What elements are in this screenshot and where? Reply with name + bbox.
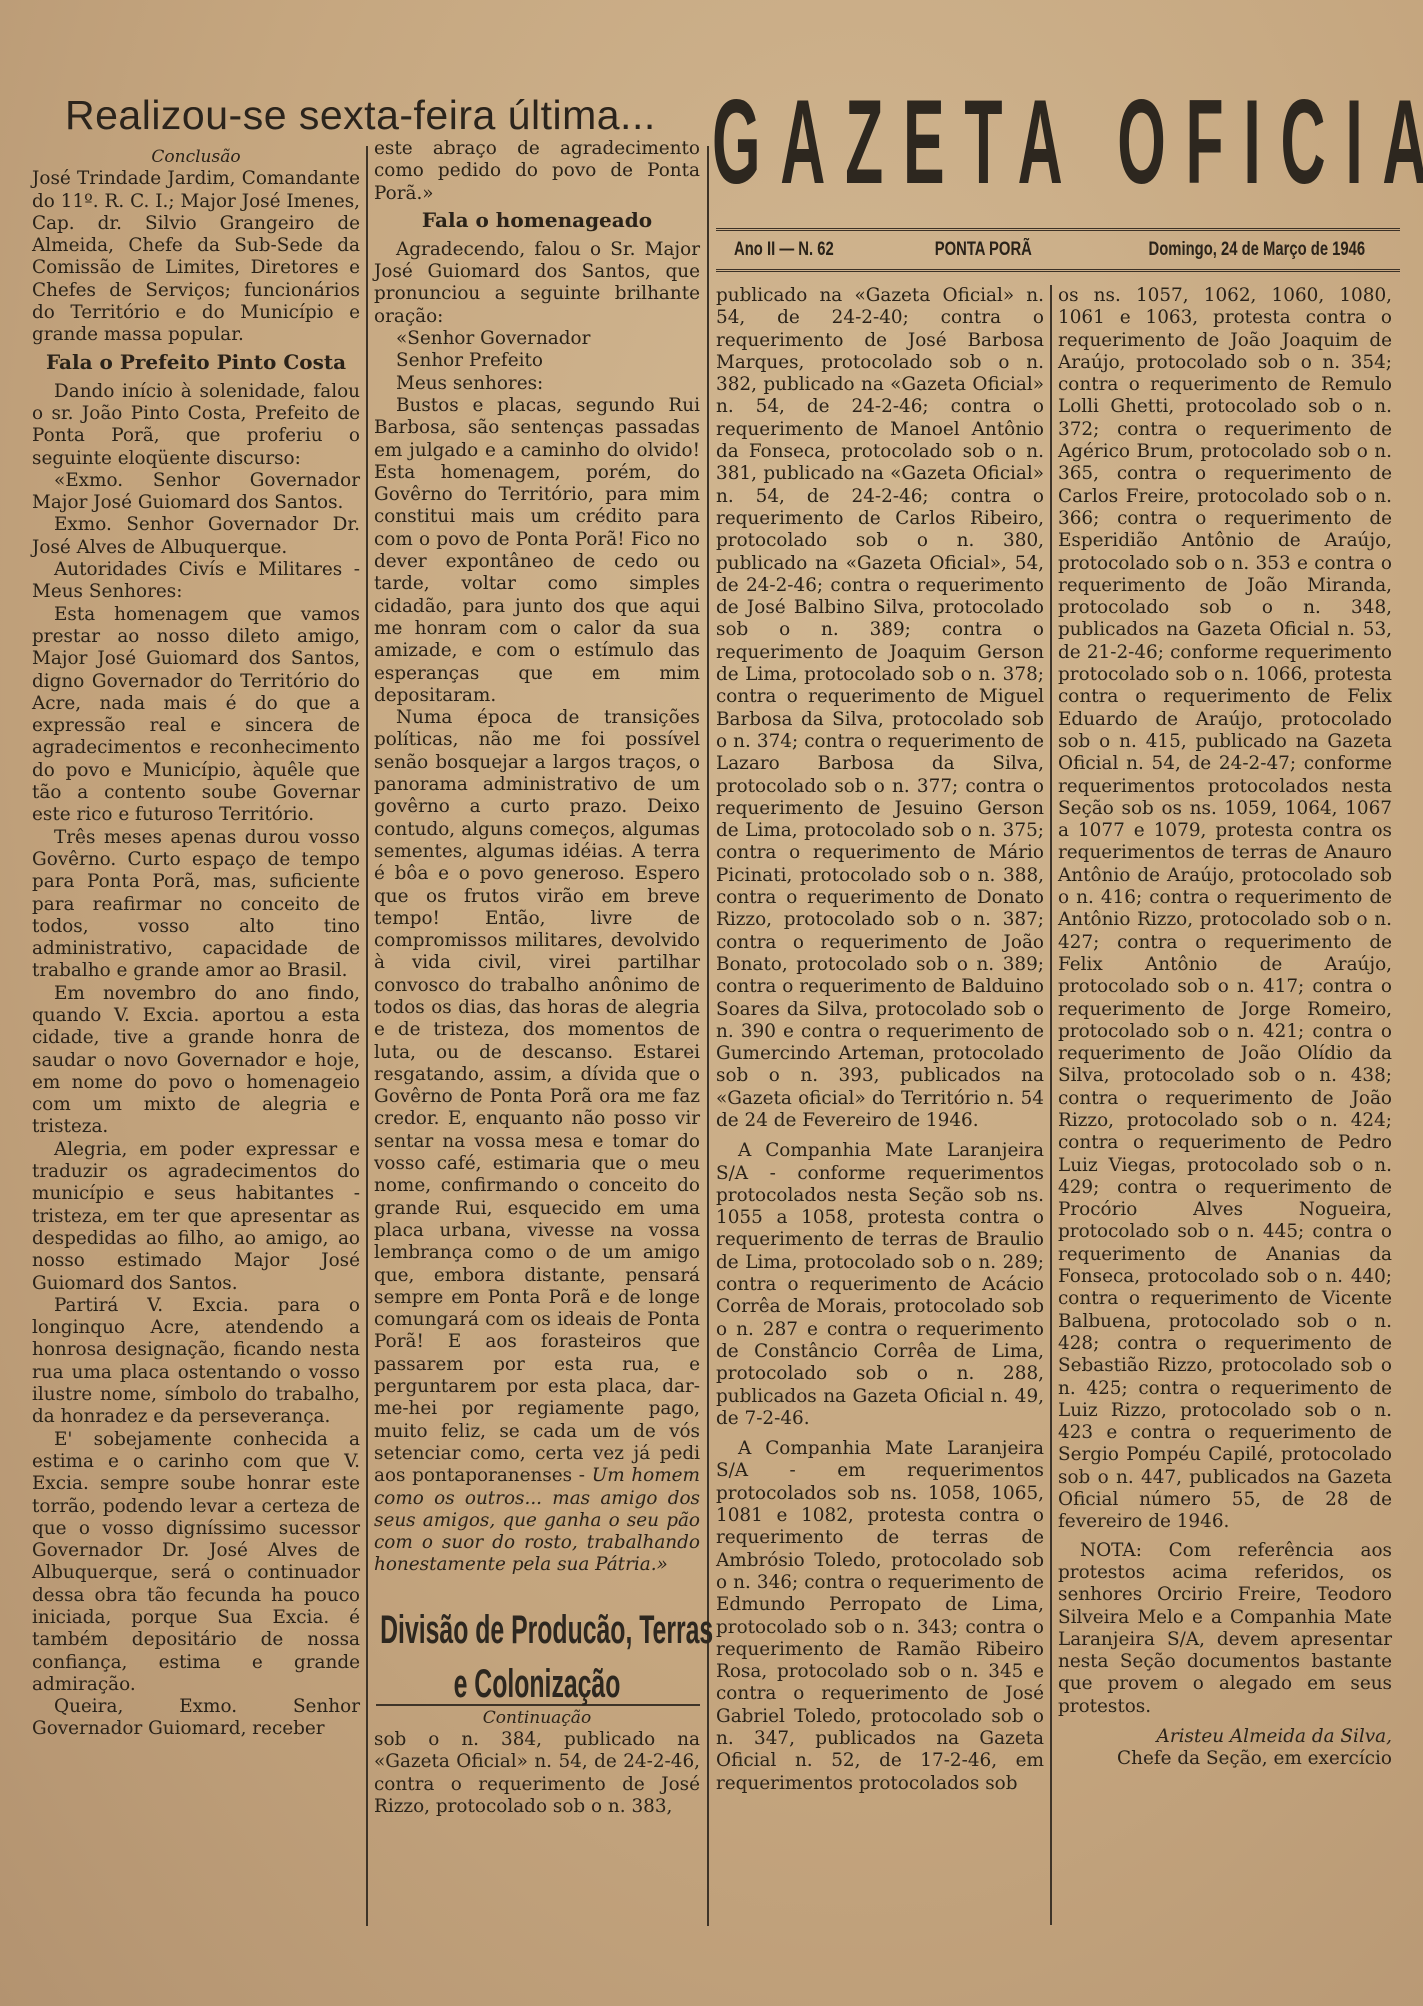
continuation-label: Continuação bbox=[374, 1707, 700, 1729]
paragraph: Três meses apenas durou vosso Govêrno. C… bbox=[32, 827, 360, 983]
column-2: este abraço de agradecimento como pedido… bbox=[374, 138, 700, 1818]
paragraph: este abraço de agradecimento como pedido… bbox=[374, 138, 700, 205]
signature-name: Aristeu Almeida da Silva, bbox=[1058, 1726, 1392, 1748]
paragraph: Bustos e placas, segundo Rui Barbosa, sã… bbox=[374, 395, 700, 707]
column-divider bbox=[707, 146, 709, 1926]
paragraph: publicado na «Gazeta Oficial» n. 54, de … bbox=[716, 285, 1044, 1132]
paragraph: Agradecendo, falou o Sr. Major José Guio… bbox=[374, 239, 700, 328]
paragraph: os ns. 1057, 1062, 1060, 1080, 1061 e 10… bbox=[1058, 285, 1392, 1534]
paragraph: Autoridades Civís e Militares - Meus Sen… bbox=[32, 559, 360, 604]
issue-date: Domingo, 24 de Março de 1946 bbox=[1149, 239, 1366, 261]
paragraph: Dando início à solenidade, falou o sr. J… bbox=[32, 381, 360, 470]
column-1: Conclusão José Trindade Jardim, Comandan… bbox=[32, 146, 360, 1741]
salutation: Senhor Prefeito bbox=[374, 350, 700, 372]
section-title-line1: Divisão de Producão, Terras bbox=[380, 1607, 694, 1653]
paragraph: E' sobejamente conhecida a estima e o ca… bbox=[32, 1429, 360, 1697]
paragraph: Alegria, em poder expressar e traduzir o… bbox=[32, 1139, 360, 1295]
paragraph: Queira, Exmo. Senhor Governador Guiomard… bbox=[32, 1696, 360, 1741]
column-3: publicado na «Gazeta Oficial» n. 54, de … bbox=[716, 285, 1044, 1795]
city: PONTA PORÃ bbox=[934, 239, 1031, 261]
paragraph: Esta homenagem que vamos prestar ao noss… bbox=[32, 604, 360, 827]
paragraph: Numa época de transições políticas, não … bbox=[374, 707, 700, 1577]
subheading: Fala o Prefeito Pinto Costa bbox=[32, 349, 360, 375]
issue-number: Ano II — N. 62 bbox=[734, 239, 834, 261]
paragraph: sob o n. 384, publicado na «Gazeta Ofici… bbox=[374, 1729, 700, 1818]
article-headline: Realizou-se sexta-feira última... bbox=[65, 92, 656, 139]
paragraph: José Trindade Jardim, Comandante do 11º.… bbox=[32, 168, 360, 346]
dateline: Ano II — N. 62 PONTA PORÃ Domingo, 24 de… bbox=[716, 228, 1400, 272]
salutation: «Senhor Governador bbox=[374, 328, 700, 350]
paragraph: A Companhia Mate Laranjeira S/A - em req… bbox=[716, 1438, 1044, 1795]
newspaper-page: Realizou-se sexta-feira última... GAZETA… bbox=[0, 0, 1423, 2006]
paragraph: «Exmo. Senhor Governador Major José Guio… bbox=[32, 470, 360, 515]
section-title-line2: e Colonização bbox=[380, 1661, 694, 1707]
masthead: GAZETA OFICIAL bbox=[712, 82, 1402, 212]
paragraph: Exmo. Senhor Governador Dr. José Alves d… bbox=[32, 514, 360, 559]
note-paragraph: NOTA: Com referência aos protestos acima… bbox=[1058, 1540, 1392, 1718]
paragraph: Partirá V. Excia. para o longinquo Acre,… bbox=[32, 1295, 360, 1429]
column-divider bbox=[366, 146, 368, 1926]
continuation-label: Conclusão bbox=[32, 146, 360, 168]
salutation: Meus senhores: bbox=[374, 373, 700, 395]
paragraph: A Companhia Mate Laranjeira S/A - confor… bbox=[716, 1140, 1044, 1430]
signature-title: Chefe da Seção, em exercício bbox=[1058, 1748, 1392, 1770]
column-divider bbox=[1050, 285, 1052, 1925]
paragraph: Em novembro do ano findo, quando V. Exci… bbox=[32, 983, 360, 1139]
subheading: Fala o homenageado bbox=[374, 207, 700, 233]
paragraph-text: Numa época de transições políticas, não … bbox=[374, 707, 700, 1486]
column-4: os ns. 1057, 1062, 1060, 1080, 1061 e 10… bbox=[1058, 285, 1392, 1771]
masthead-title: GAZETA OFICIAL bbox=[712, 82, 1071, 202]
